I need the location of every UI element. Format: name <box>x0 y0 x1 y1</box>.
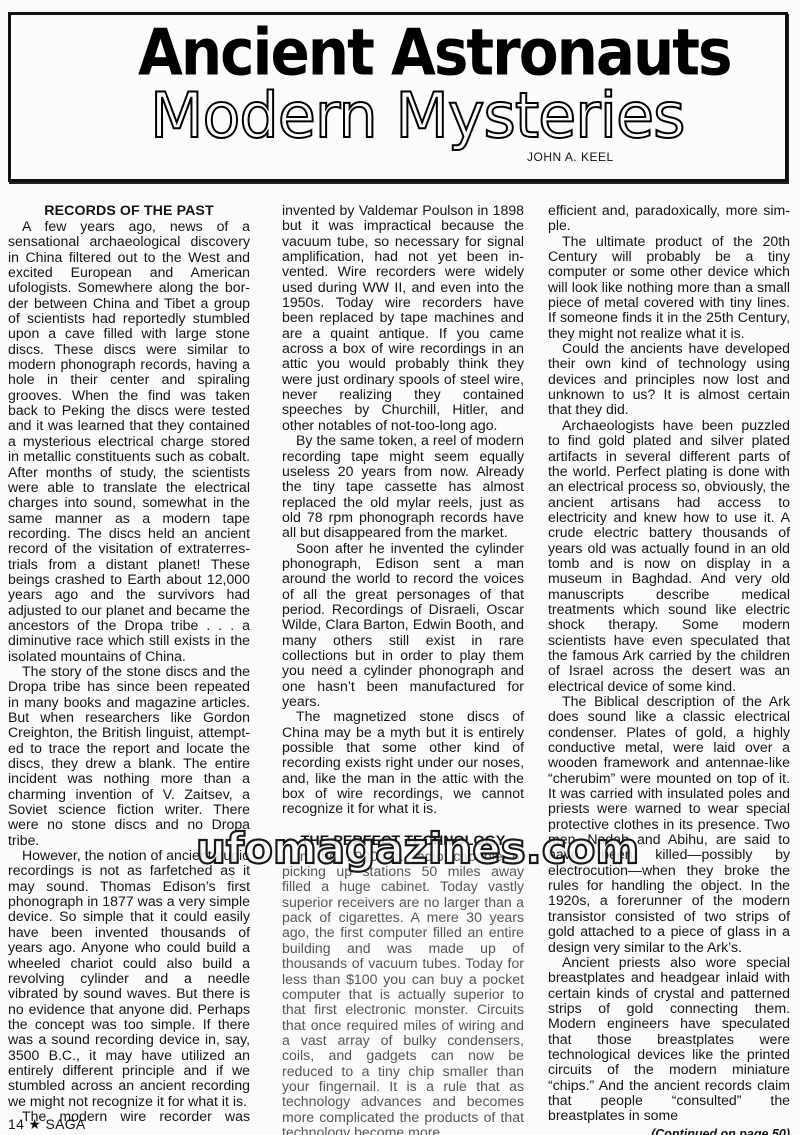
paragraph: Soon after he invented the cylinder phon… <box>282 541 524 710</box>
section-heading-records-of-the-past: RECORDS OF THE PAST <box>8 203 250 219</box>
paragraph-partially-obscured: In the 1920s a radio capable of picking … <box>282 849 524 1135</box>
paragraph: The story of the stone discs and the Dro… <box>8 664 250 848</box>
column-2: invented by Valdemar Poulson in 1898 but… <box>282 203 524 1135</box>
paragraph: However, the notion of ancient audio rec… <box>8 848 250 1109</box>
page-number: 14 <box>8 1116 24 1132</box>
paragraph: A few years ago, news of a sensational a… <box>8 219 250 664</box>
paragraph: Archaeologists have been puzzled to find… <box>548 418 790 694</box>
paragraph: The Biblical description of the Ark does… <box>548 694 790 955</box>
section-heading-perfect-technology: THE PERFECT TECHNOLOGY <box>282 833 524 849</box>
star-icon: ★ <box>28 1116 41 1132</box>
paragraph: The ultimate product of the 20th Century… <box>548 234 790 341</box>
paragraph: By the same token, a reel of modern reco… <box>282 433 524 540</box>
paragraph-continued: efficient and, paradoxically, more sim­p… <box>548 203 790 234</box>
paragraph: The magnetized stone discs of China may … <box>282 709 524 816</box>
paragraph: Ancient priests also wore special breast… <box>548 955 790 1124</box>
column-3: efficient and, paradoxically, more sim­p… <box>548 203 790 1135</box>
paragraph: Could the ancients have developed their … <box>548 341 790 418</box>
continued-notice: (Continued on page 50) <box>548 1126 790 1135</box>
article-subtitle: Modern Mysteries <box>150 80 710 152</box>
publication-name: SAGA <box>45 1116 85 1132</box>
page-footer: 14 ★ SAGA <box>8 1116 86 1133</box>
paragraph-continued: invented by Valdemar Poulson in 1898 but… <box>282 203 524 433</box>
author-byline: JOHN A. KEEL <box>527 150 614 164</box>
column-1: RECORDS OF THE PAST A few years ago, new… <box>8 203 250 1124</box>
